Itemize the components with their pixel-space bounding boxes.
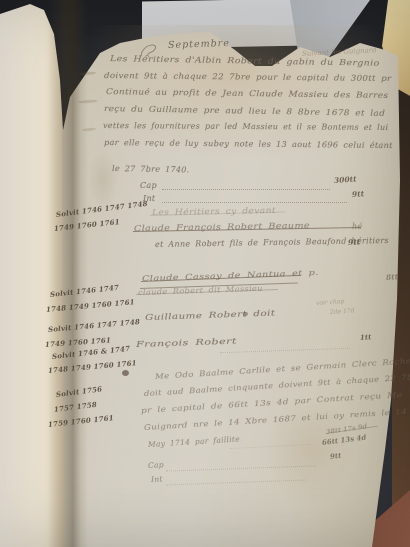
entry4-amount: 1tt: [360, 332, 372, 342]
dotted-leader: [162, 202, 347, 203]
entry2-amount: 9tt: [348, 237, 361, 247]
entry1-line: le 27 7bre 1740.: [112, 164, 190, 174]
book-gutter-shadow: [48, 0, 88, 547]
entry1-int-value: 9tt: [352, 189, 365, 199]
photo-scene: Septembre Suivant les Guignard Les Hérit…: [0, 0, 410, 547]
dotted-leader: [162, 189, 330, 190]
entry5-int-label: Int: [151, 474, 163, 484]
entry3-amount: 8tt: [386, 272, 399, 282]
entry1-cap-label: Cap: [140, 181, 157, 190]
entry1-cap-value: 300tt: [334, 174, 357, 185]
page-stain: [88, 150, 118, 210]
ink-speck: [122, 370, 129, 376]
entry5-cap-label: Cap: [148, 460, 164, 470]
month-heading: Septembre: [168, 38, 230, 51]
entry5-interest-amount: 9tt: [329, 451, 341, 461]
